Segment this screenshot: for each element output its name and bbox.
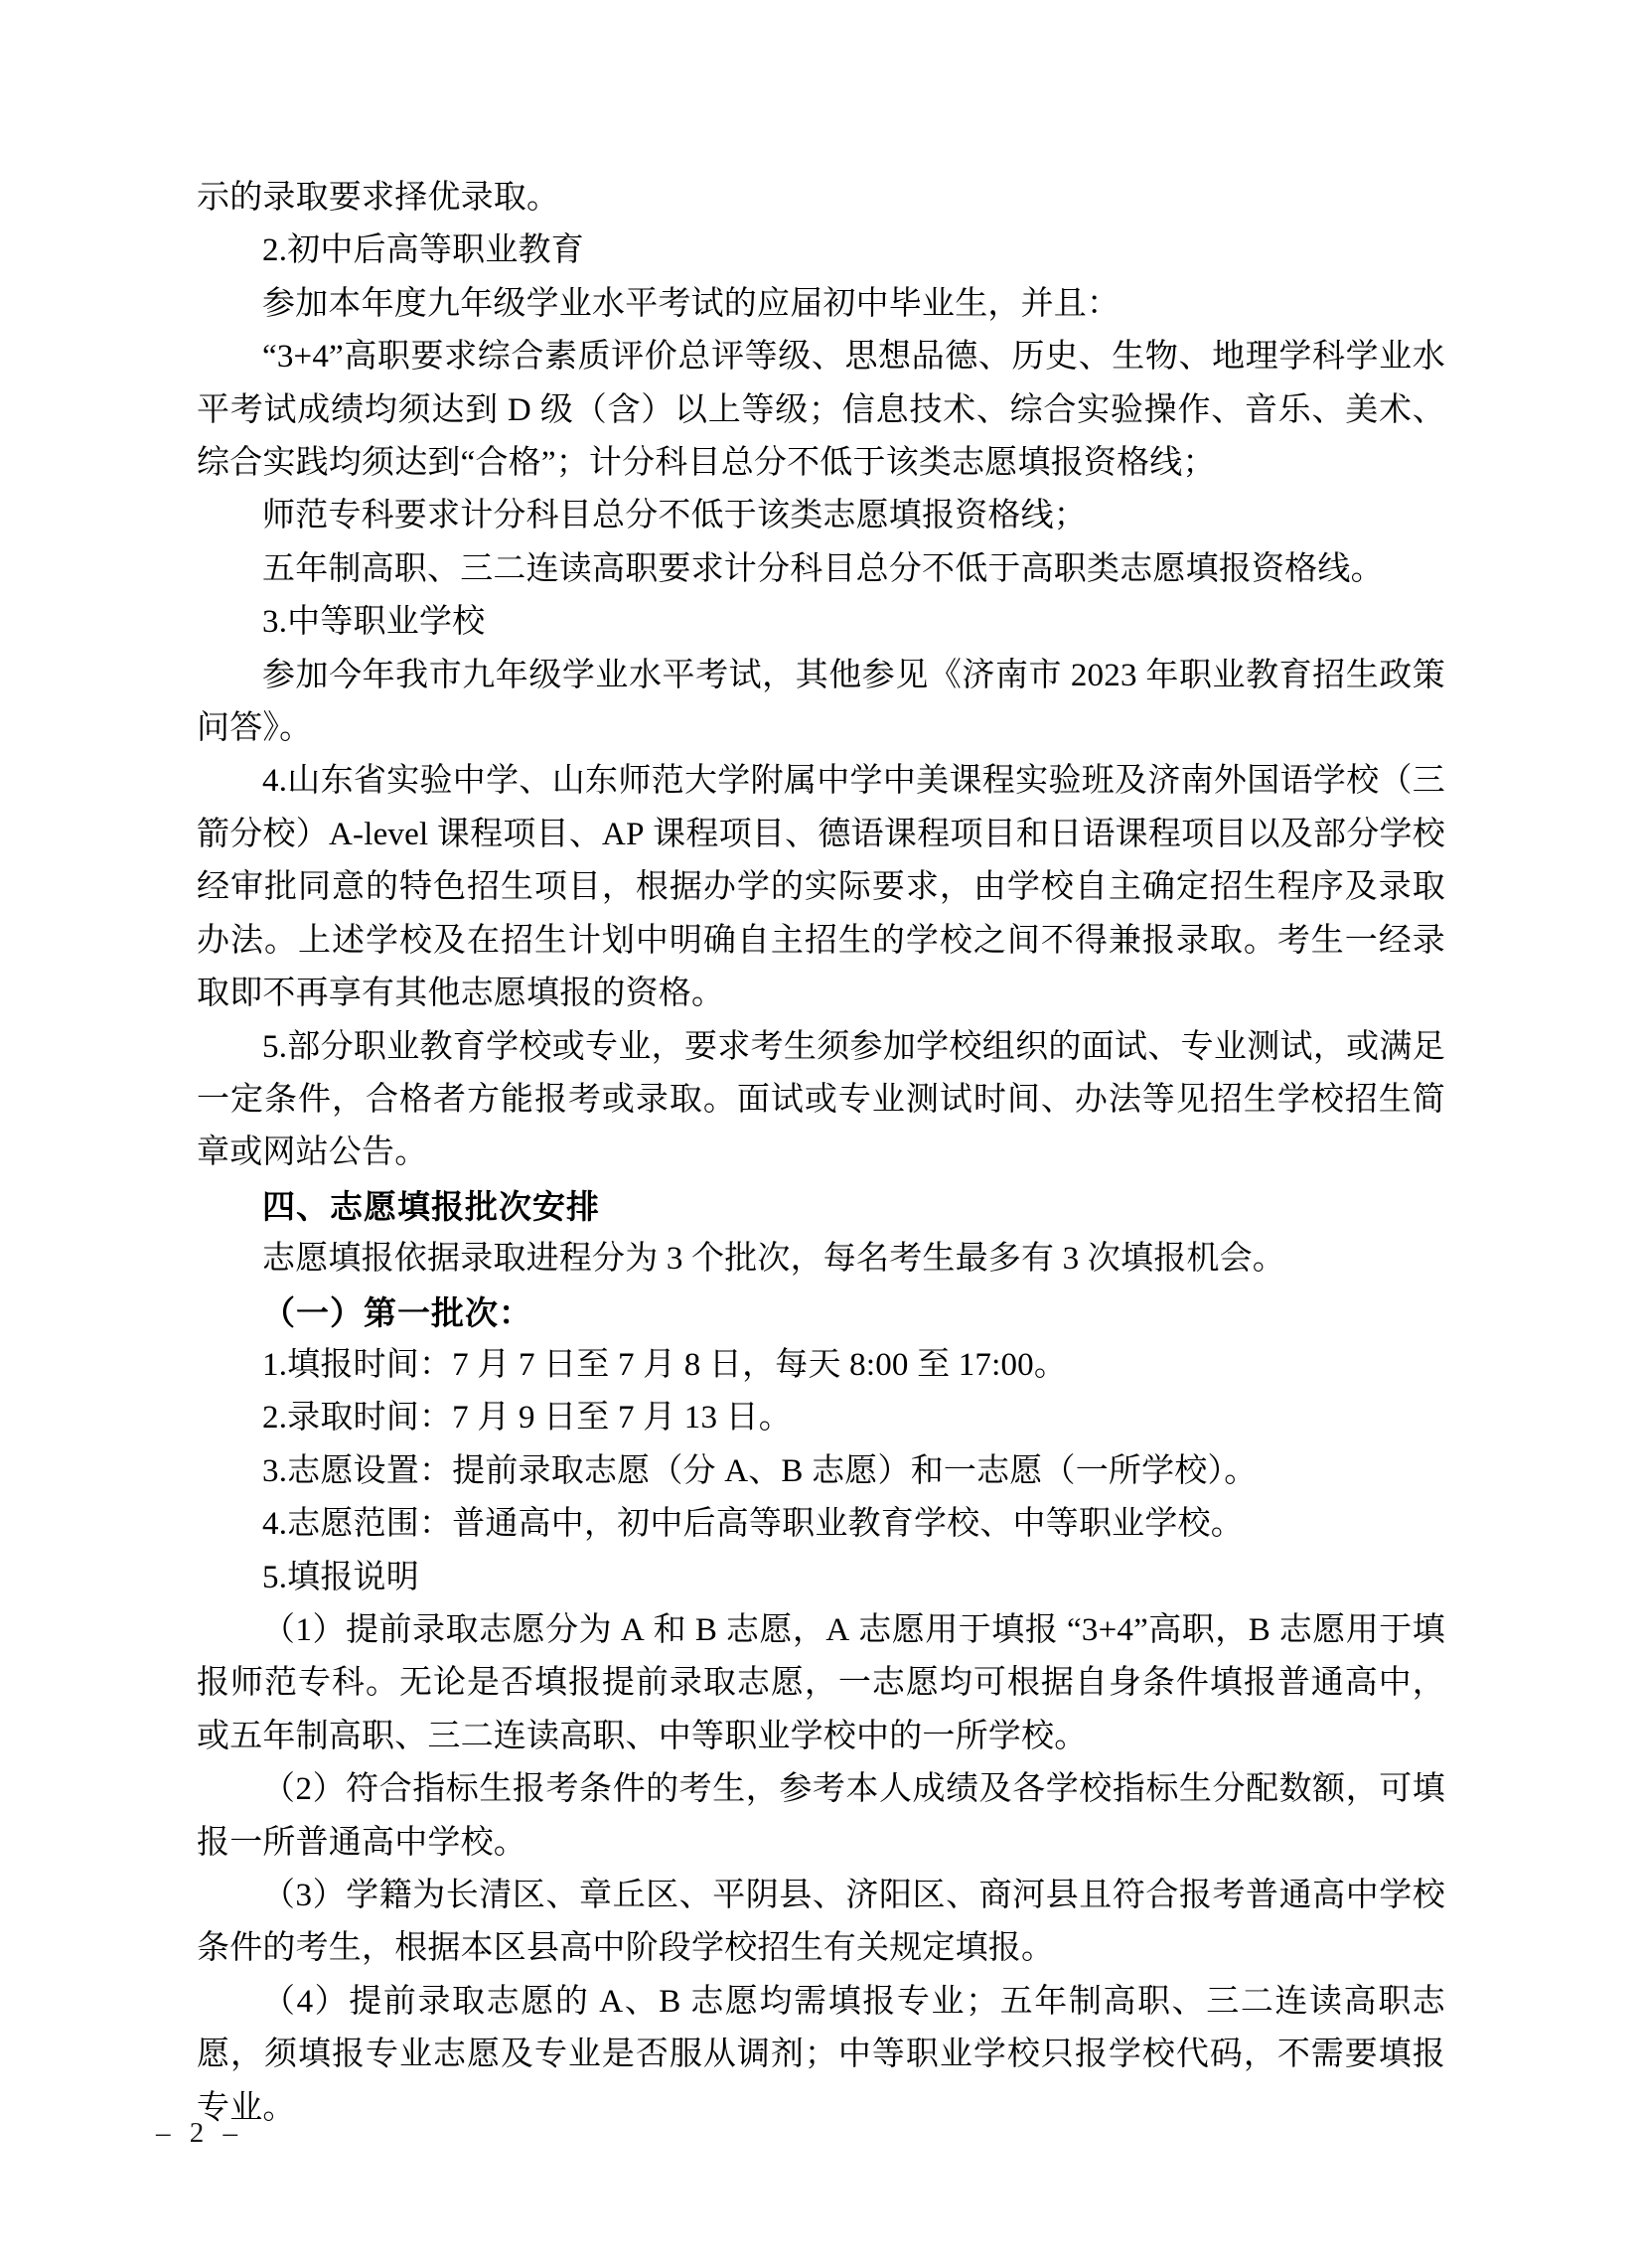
paragraph: 2.录取时间：7 月 9 日至 7 月 13 日。 [197, 1392, 1445, 1444]
paragraph: 1.填报时间：7 月 7 日至 7 月 8 日，每天 8:00 至 17:00。 [197, 1339, 1445, 1392]
paragraph: （1）提前录取志愿分为 A 和 B 志愿，A 志愿用于填报 “3+4”高职，B … [197, 1604, 1445, 1763]
paragraph: 示的录取要求择优录取。 [197, 172, 1445, 225]
paragraph: 5.填报说明 [197, 1552, 1445, 1604]
paragraph: 参加今年我市九年级学业水平考试，其他参见《济南市 2023 年职业教育招生政策问… [197, 650, 1445, 756]
paragraph: 师范专科要求计分科目总分不低于该类志愿填报资格线； [197, 490, 1445, 542]
paragraph: 志愿填报依据录取进程分为 3 个批次，每名考生最多有 3 次填报机会。 [197, 1233, 1445, 1285]
paragraph: （3）学籍为长清区、章丘区、平阴县、济阳区、商河县且符合报考普通高中学校条件的考… [197, 1870, 1445, 1976]
paragraph: （4）提前录取志愿的 A、B 志愿均需填报专业；五年制高职、三二连读高职志愿，须… [197, 1976, 1445, 2135]
page-number: – 2 – [156, 2116, 237, 2150]
document-body: 示的录取要求择优录取。2.初中后高等职业教育参加本年度九年级学业水平考试的应届初… [197, 172, 1445, 2135]
paragraph: 五年制高职、三二连读高职要求计分科目总分不低于高职类志愿填报资格线。 [197, 543, 1445, 596]
paragraph: 参加本年度九年级学业水平考试的应届初中毕业生，并且： [197, 278, 1445, 331]
document-page: 示的录取要求择优录取。2.初中后高等职业教育参加本年度九年级学业水平考试的应届初… [0, 0, 1643, 2268]
paragraph: 3.中等职业学校 [197, 596, 1445, 649]
paragraph: 4.山东省实验中学、山东师范大学附属中学中美课程实验班及济南外国语学校（三箭分校… [197, 755, 1445, 1020]
paragraph: （2）符合指标生报考条件的考生，参考本人成绩及各学校指标生分配数额，可填报一所普… [197, 1763, 1445, 1870]
paragraph: 2.初中后高等职业教育 [197, 225, 1445, 277]
paragraph: 3.志愿设置：提前录取志愿（分 A、B 志愿）和一志愿（一所学校）。 [197, 1445, 1445, 1498]
paragraph: 5.部分职业教育学校或专业，要求考生须参加学校组织的面试、专业测试，或满足一定条… [197, 1021, 1445, 1180]
paragraph: “3+4”高职要求综合素质评价总评等级、思想品德、历史、生物、地理学科学业水平考… [197, 331, 1445, 490]
section-heading: 四、志愿填报批次安排 [197, 1180, 1445, 1233]
paragraph: 4.志愿范围：普通高中，初中后高等职业教育学校、中等职业学校。 [197, 1498, 1445, 1551]
section-heading: （一）第一批次： [197, 1286, 1445, 1339]
